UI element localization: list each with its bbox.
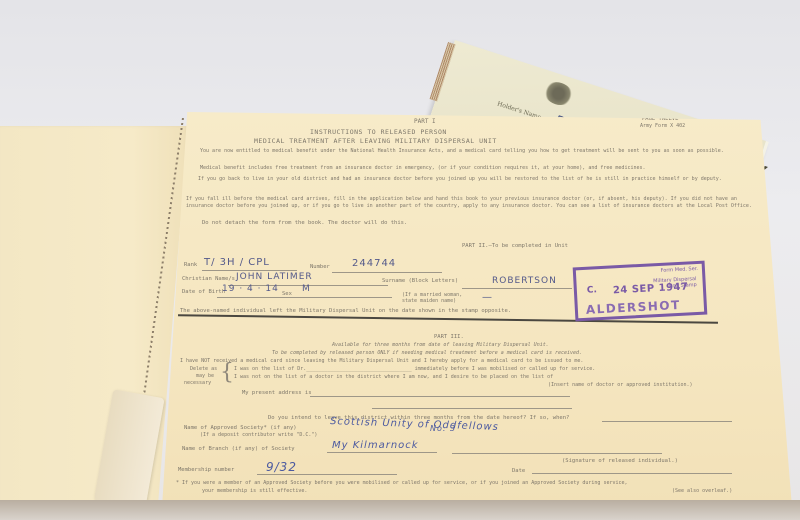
instructions-para-3: If you go back to live in your old distr… xyxy=(198,176,763,183)
surname-label: Surname (Block Letters) xyxy=(382,278,458,284)
part-two-heading: PART II.—To be completed in Unit xyxy=(462,243,568,249)
left-blank-page xyxy=(0,126,188,506)
rank-line xyxy=(202,270,297,271)
royal-crest-icon xyxy=(541,79,576,109)
approved-society-label: Name of Approved Society* (if any) xyxy=(184,425,297,431)
footnote-2: your membership is still effective. xyxy=(202,488,307,494)
instructions-para-2: Medical benefit includes free treatment … xyxy=(200,165,760,172)
deposit-note: (If a deposit contributor write "D.C.") xyxy=(200,432,317,438)
dob-value: 19 · 4 · 14 xyxy=(222,284,279,294)
intend-line xyxy=(602,421,732,422)
delete-label-3: necessary xyxy=(184,380,211,386)
sex-value: M xyxy=(302,284,311,294)
dob-line xyxy=(217,297,392,298)
delete-label-2: may be xyxy=(196,373,214,379)
christian-name-label: Christian Name/s xyxy=(182,276,235,282)
date-line xyxy=(532,473,732,474)
branch-label: Name of Branch (if any) of Society xyxy=(182,446,295,452)
book-page-edges xyxy=(430,42,456,102)
rank-value: T/ 3H / CPL xyxy=(204,257,270,268)
date-label: Date xyxy=(512,468,525,474)
membership-value: 9/32 xyxy=(266,460,297,474)
address-line-2 xyxy=(372,408,572,409)
address-line-1 xyxy=(310,396,570,397)
not-received-statement: I have NOT received a medical card since… xyxy=(180,358,583,364)
option-not-on-list: I was not on the list of a doctor in the… xyxy=(234,374,553,380)
signature-line xyxy=(452,453,662,454)
dob-label: Date of Birth xyxy=(182,289,225,295)
surname-value: ROBERTSON xyxy=(492,276,557,286)
instructions-para-5: Do not detach the form from the book. Th… xyxy=(202,220,407,226)
heading-medical-treatment: MEDICAL TREATMENT AFTER LEAVING MILITARY… xyxy=(254,137,497,145)
membership-line xyxy=(257,474,397,475)
delete-label: Delete as xyxy=(190,366,217,372)
dispersal-unit-stamp: Form Med. Ser. Military DispersalUnit St… xyxy=(573,261,708,322)
stamp-place: ALDERSHOT xyxy=(586,298,682,317)
branch-line xyxy=(327,452,437,453)
instructions-para-4: If you fall ill before the medical card … xyxy=(186,196,766,209)
part-three-heading: PART III. xyxy=(434,334,464,340)
brace-icon: { xyxy=(220,360,234,385)
form-ref: Army Form X 402 xyxy=(640,123,685,129)
insert-doctor-note: (Insert name of doctor or approved insti… xyxy=(548,382,693,388)
application-no-value: No. 3 xyxy=(430,424,456,433)
option-on-list: I was on the list of Dr.________________… xyxy=(234,366,595,372)
footnote-3: (See also overleaf.) xyxy=(672,488,732,494)
married-note: (If a married woman, state maiden name) xyxy=(402,292,472,304)
table-edge xyxy=(0,500,800,520)
number-label: Number xyxy=(310,264,330,270)
release-form-page: PART I PAGE TWELVE Army Form X 402 INSTR… xyxy=(162,112,792,507)
branch-value: My Kilmarnock xyxy=(332,440,419,451)
heading-instructions: INSTRUCTIONS TO RELEASED PERSON xyxy=(310,128,447,136)
footnote-1: * If you were a member of an Approved So… xyxy=(176,480,628,486)
surname-line xyxy=(462,288,572,289)
instructions-para-1: You are now entitled to medical benefit … xyxy=(200,148,760,155)
number-line xyxy=(332,272,442,273)
maiden-name-value: — xyxy=(482,292,493,303)
stamp-date: 24 SEP 1947 xyxy=(613,281,689,296)
christian-name-value: JOHN LATIMER xyxy=(236,272,313,282)
army-number-value: 244744 xyxy=(352,258,396,269)
signature-note: (Signature of released individual.) xyxy=(562,458,678,464)
left-unit-statement: The above-named individual left the Mili… xyxy=(180,308,511,314)
present-address-label: My present address is xyxy=(242,390,312,396)
part-one-label: PART I xyxy=(414,118,436,125)
rank-label: Rank xyxy=(184,262,197,268)
membership-label: Membership number xyxy=(178,467,234,473)
part-three-sub1: Available for three months from date of … xyxy=(332,342,549,348)
part-three-sub2: To be completed by released person ONLY … xyxy=(272,350,582,356)
